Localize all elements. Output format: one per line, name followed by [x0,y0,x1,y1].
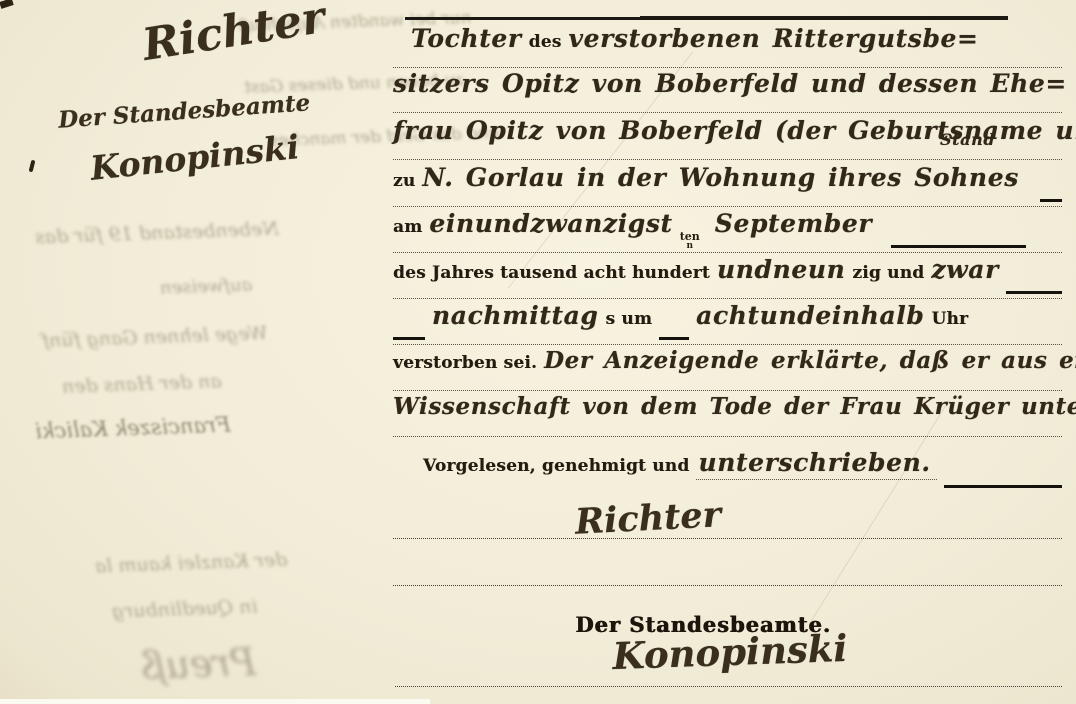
bleedthrough-flourish: Preuß [139,640,257,688]
printed-form-text: s um [606,309,653,329]
printed-form-text: zu [393,171,415,191]
handwritten-text: Der Anzeigende erklärte, daß er aus eige… [544,347,1076,374]
witness-signature-richter: Richter [574,494,722,543]
handwritten-text: N. Gorlau in der Wohnung ihres Sohnes [422,163,1018,192]
printed-form-text: am [393,217,422,237]
bleedthrough-text: Wege lehnen Gang fünf [42,322,268,352]
filler-line [393,337,425,340]
handwritten-day: einundzwanzigst [429,209,672,238]
handwritten-year: undneun [717,255,845,284]
inserted-word: Stand [940,130,995,149]
handwritten-text: Tochter [411,24,522,53]
handwritten-text: unterschrieben. [696,448,936,480]
record-line-7: nachmittag s um achtundeinhalb Uhr [393,301,1062,345]
scan-edge [0,699,430,704]
printed-form-text: des Jahres tausend acht hundert [393,263,710,283]
printed-form-text: des [529,32,562,52]
printed-form-text: Vorgelesen, genehmigt und [423,456,689,476]
handwritten-text: Wissenschaft von dem Tode der Frau Krüge… [393,393,1076,420]
bleedthrough-text: Nebenbestand 19 für das [35,218,280,248]
margin-signature-richter: Richter [139,0,328,71]
ink-mark [29,160,36,173]
filler-line [1040,199,1062,202]
printed-form-text: zig und [852,263,924,283]
record-line-9: Wissenschaft von dem Tode der Frau Krüge… [393,393,1062,437]
death-register-scan: nur bei wandten Aufschluß zu bauen und d… [0,0,1076,704]
handwritten-hour: achtundeinhalb [696,301,924,330]
handwritten-text: zwar [931,255,999,284]
filler-line [891,245,1026,248]
handwritten-text: verstorbenen Rittergutsbe= [569,24,979,53]
handwritten-daytime: nachmittag [432,301,599,330]
record-line-10: Vorgelesen, genehmigt und unterschrieben… [393,448,1062,492]
filler-line [944,485,1062,488]
suffix-n: n [686,242,693,250]
filler-line [1006,291,1062,294]
record-line-5: am einundzwanzigst ten n September [393,209,1062,253]
printed-form-text: verstorben sei. [393,353,537,373]
printed-form-text: Uhr [931,309,968,329]
printed-ordinal-suffix: ten n [680,232,700,250]
bleedthrough-text: aufweisen [160,274,253,298]
bleedthrough-text: in Quedlinburg [112,595,258,622]
top-rule-overlap [640,16,1008,20]
signature-rule [393,538,1062,539]
empty-rule [393,585,1062,586]
handwritten-text: sitzers Opitz von Boberfeld und dessen E… [393,69,1067,98]
record-line-6: des Jahres tausend acht hundert undneun … [393,255,1062,299]
footer-rule [395,686,1062,687]
record-line-1: Tochter des verstorbenen Rittergutsbe= [393,24,1062,68]
filler-line [659,337,689,340]
record-line-2: sitzers Opitz von Boberfeld und dessen E… [393,69,1062,113]
bleedthrough-name: Franciszek Kalicki [35,413,231,444]
record-line-8: verstorben sei. Der Anzeigende erklärte,… [393,347,1062,391]
ink-smudge [0,0,14,9]
record-line-4: zu N. Gorlau in der Wohnung ihres Sohnes [393,163,1062,207]
margin-signature-konopinski: Konopinski [89,127,301,188]
handwritten-month: September [715,209,872,238]
bleedthrough-text: der Kanzlei kaum la [95,549,288,578]
margin-role-label: Der Standesbeamte [57,89,311,134]
bleedthrough-text: an der Hans den [62,370,222,398]
